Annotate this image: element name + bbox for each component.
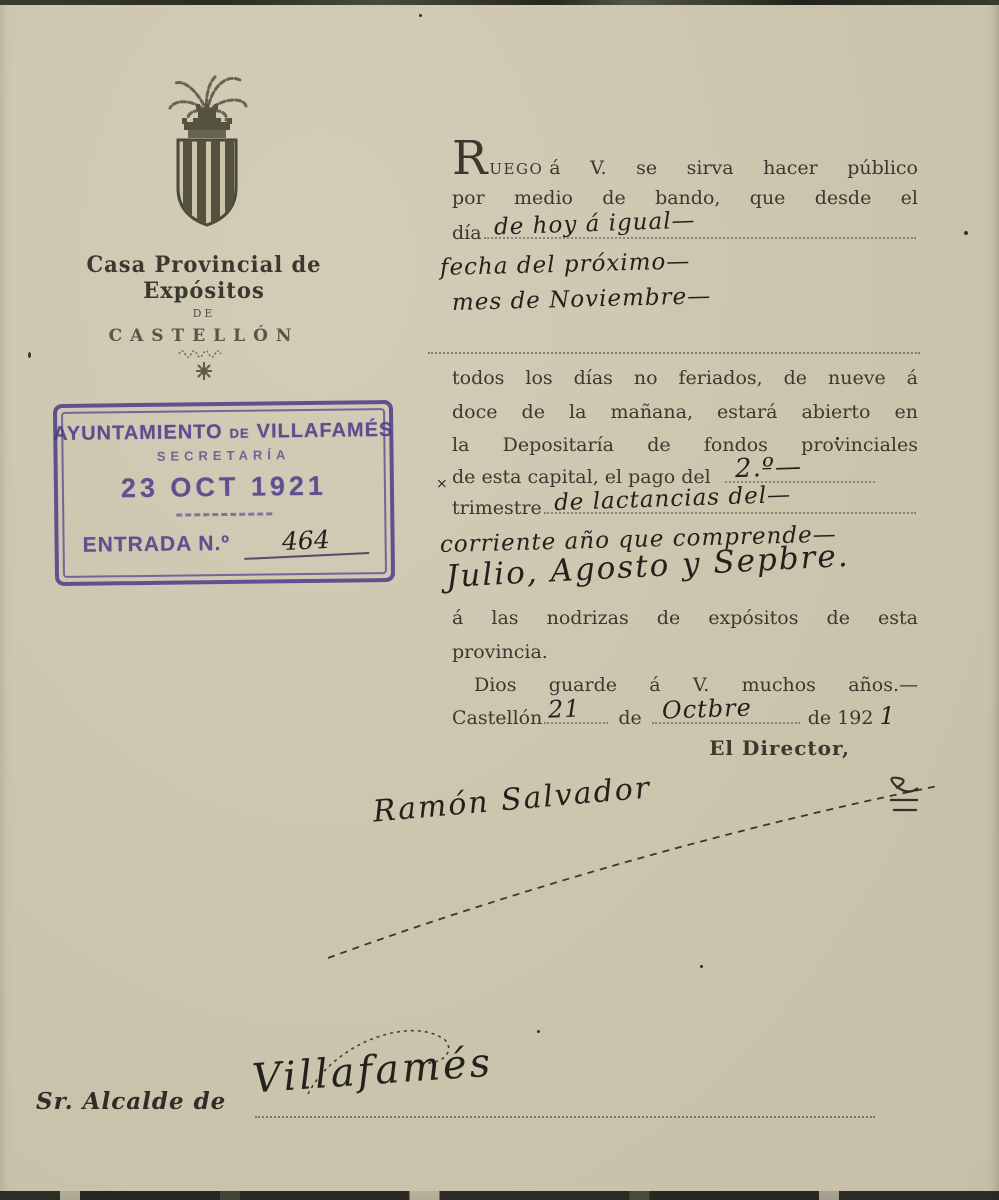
body-line: provincia. [452,635,918,669]
paper-speck [700,965,703,968]
body-line: RUEGO á V. se sirva hacer público [452,142,918,186]
addressee-dotted-line [255,1116,875,1118]
fleuron-ornament-icon [169,348,239,384]
stamp-entry-label: ENTRADA N.º [82,532,230,558]
scan-edge-top [0,0,999,5]
scanned-document-page: Casa Provincial de Expósitos DE CASTELLÓ… [0,0,999,1200]
body-line: la Depositaría de fondos provinciales [452,428,918,462]
scan-edge-bottom [0,1191,999,1200]
municipal-entry-stamp: AYUNTAMIENTO DE VILLAFAMÉS SECRETARÍA 23… [53,400,395,586]
paper-speck [537,1030,540,1033]
body-line: doce de la mañana, estará abierto en [452,395,918,429]
letterhead-org-name: Casa Provincial de Expósitos [28,251,380,304]
stamp-divider [176,512,272,516]
dotted-rule [428,352,920,354]
addressee-printed: Sr. Alcalde de [36,1088,226,1115]
body-line: todos los días no feriados, de nueve á [452,361,918,395]
coat-of-arms [148,68,266,250]
body-line: á las nodrizas de expósitos de esta [452,601,918,635]
handwritten-entry: de hoy á igual— [493,203,696,244]
stamp-subtitle: SECRETARÍA [63,446,383,465]
addressee-handwritten: Villafamés [251,1040,495,1103]
letterhead-de: DE [28,307,380,320]
stamp-date: 23 OCT 1921 [64,470,384,505]
letterhead-city: CASTELLÓN [28,326,380,346]
handwritten-month: Octbre [661,690,752,727]
paper-speck [419,14,422,17]
handwritten-entry: de lactancias del— [553,478,791,520]
stamp-title: AYUNTAMIENTO DE VILLAFAMÉS [63,419,383,446]
dateline: Castellón 21 de Octbre de 192 1 [452,699,918,735]
letterhead: Casa Provincial de Expósitos DE CASTELLÓ… [28,252,380,388]
ink-mark: × [436,467,448,501]
handwritten-day: 21 [548,691,582,726]
stamp-entry-number-handwritten: 464 [243,523,369,560]
drop-cap: R [452,142,489,176]
handwritten-year-digit: 1 [879,699,894,733]
paper-speck [964,231,968,235]
